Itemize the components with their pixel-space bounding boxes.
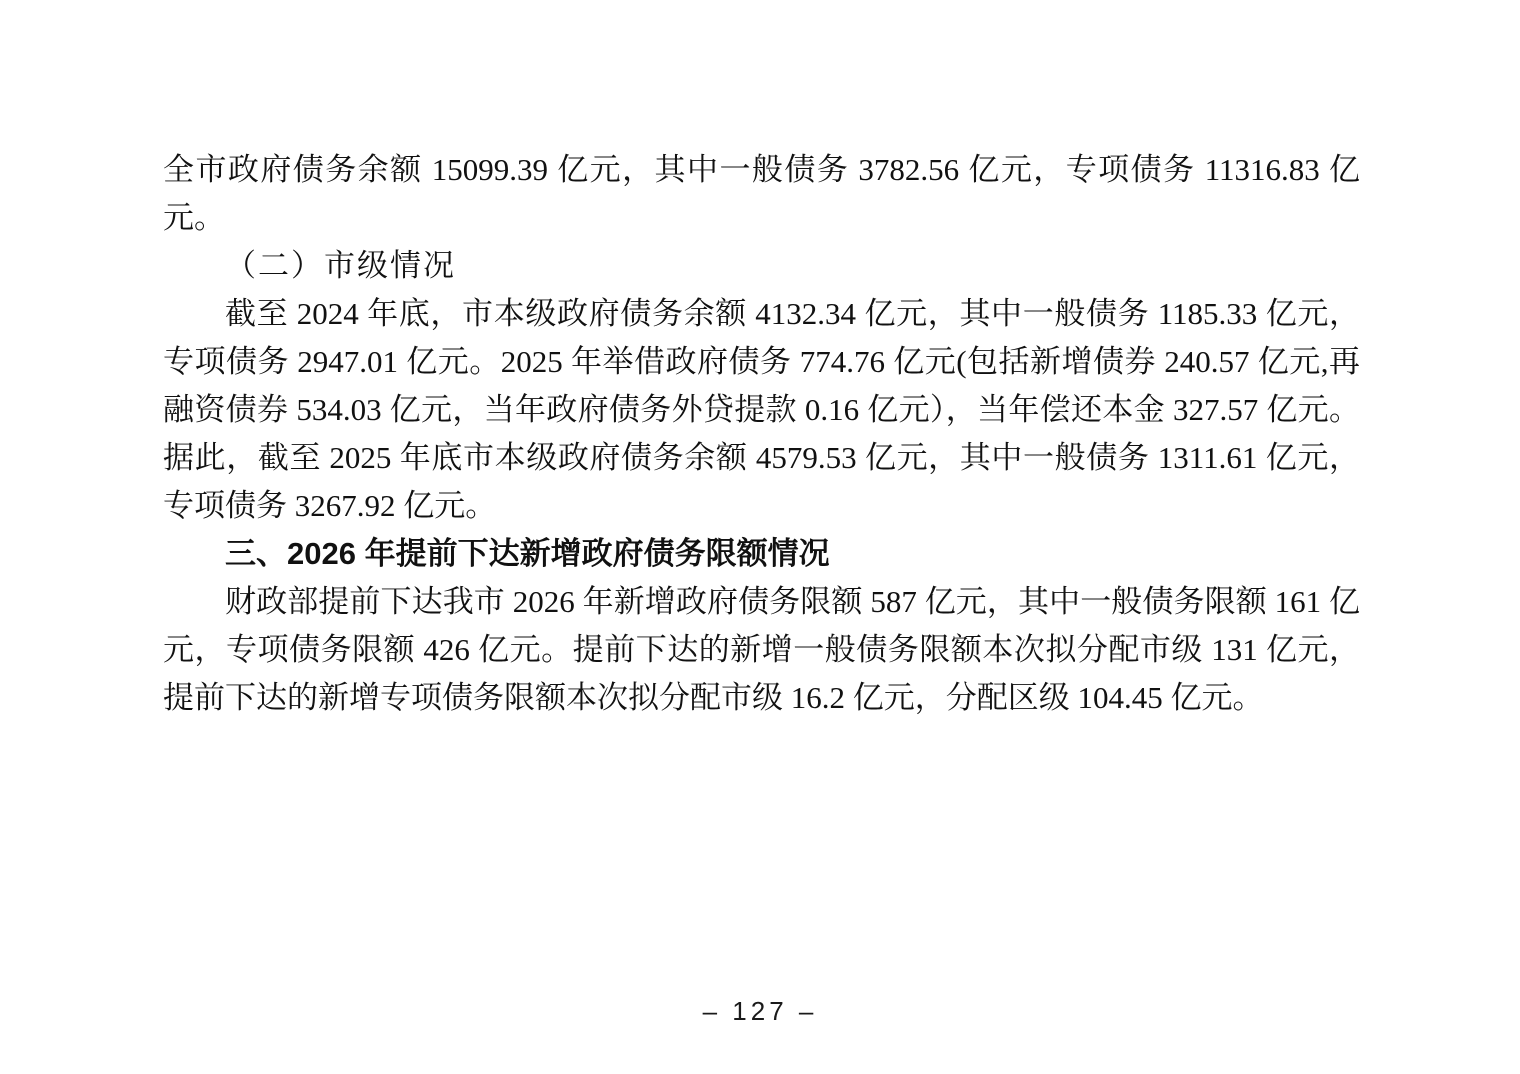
city-level-debt-paragraph: 截至 2024 年底，市本级政府债务余额 4132.34 亿元，其中一般债务 1… bbox=[163, 290, 1360, 530]
new-debt-limit-paragraph: 财政部提前下达我市 2026 年新增政府债务限额 587 亿元，其中一般债务限额… bbox=[163, 578, 1360, 722]
carryover-paragraph: 全市政府债务余额 15099.39 亿元，其中一般债务 3782.56 亿元，专… bbox=[163, 146, 1360, 242]
page-number: – 127 – bbox=[703, 996, 818, 1026]
document-body: 全市政府债务余额 15099.39 亿元，其中一般债务 3782.56 亿元，专… bbox=[163, 146, 1360, 722]
subsection-heading: （二）市级情况 bbox=[163, 242, 1360, 290]
document-page: 全市政府债务余额 15099.39 亿元，其中一般债务 3782.56 亿元，专… bbox=[0, 0, 1520, 1074]
section-heading: 三、2026 年提前下达新增政府债务限额情况 bbox=[163, 530, 1360, 578]
page-footer: – 127 – bbox=[0, 996, 1520, 1027]
